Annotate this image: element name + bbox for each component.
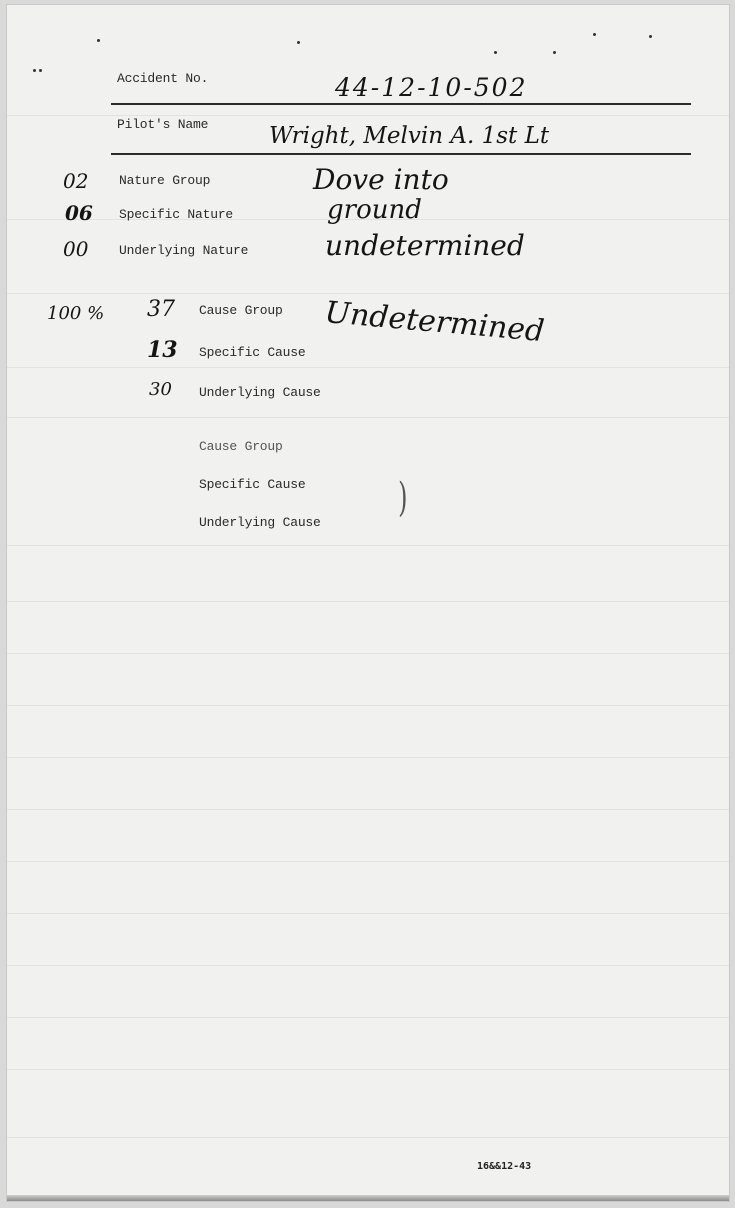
cause-group-2-label: Cause Group — [199, 439, 283, 454]
punch-dot — [33, 69, 36, 72]
ruled-line — [7, 367, 729, 368]
punch-dot — [494, 51, 497, 54]
ruled-line — [7, 757, 729, 758]
ruled-line — [7, 705, 729, 706]
cause-group-label: Cause Group — [199, 303, 283, 318]
pilot-name-label: Pilot's Name — [117, 117, 208, 132]
ruled-line — [7, 965, 729, 966]
punch-dot — [649, 35, 652, 38]
ruled-line — [7, 913, 729, 914]
ruled-line — [7, 809, 729, 810]
cause-group-code: 37 — [147, 297, 175, 322]
punch-dot — [39, 69, 42, 72]
form-number-stamp: 16&&12-43 — [477, 1161, 531, 1172]
ruled-line — [7, 653, 729, 654]
punch-dot — [553, 51, 556, 54]
ruled-line — [7, 115, 729, 116]
underlying-cause-label: Underlying Cause — [199, 385, 321, 400]
ruled-line — [7, 1069, 729, 1070]
underlying-nature-code: 00 — [63, 237, 88, 261]
underlying-nature-label: Underlying Nature — [119, 243, 248, 258]
nature-group-code: 02 — [63, 169, 88, 193]
ruled-line — [7, 861, 729, 862]
specific-cause-label: Specific Cause — [199, 345, 305, 360]
punch-dot — [593, 33, 596, 36]
specific-cause-2-label: Specific Cause — [199, 477, 305, 492]
specific-nature-label: Specific Nature — [119, 207, 233, 222]
accident-no-underline — [111, 103, 691, 105]
specific-nature-value: ground — [327, 195, 422, 225]
pilot-name-underline — [111, 153, 691, 155]
ruled-line — [7, 1017, 729, 1018]
pilot-name-value: Wright, Melvin A. 1st Lt — [269, 123, 549, 149]
ruled-line — [7, 1137, 729, 1138]
nature-group-label: Nature Group — [119, 173, 210, 188]
ruled-line — [7, 545, 729, 546]
bracket-mark: ) — [398, 475, 407, 521]
underlying-cause-code: 30 — [149, 379, 172, 400]
accident-no-label: Accident No. — [117, 71, 208, 86]
cause-group-value: Undetermined — [323, 295, 545, 349]
specific-nature-code: 06 — [65, 201, 93, 225]
underlying-cause-2-label: Underlying Cause — [199, 515, 321, 530]
accident-record-card: Accident No. 44-12-10-502 Pilot's Name W… — [6, 4, 730, 1202]
nature-group-value: Dove into — [313, 163, 449, 196]
ruled-line — [7, 601, 729, 602]
ruled-line — [7, 293, 729, 294]
accident-no-value: 44-12-10-502 — [335, 73, 528, 102]
punch-dot — [297, 41, 300, 44]
ruled-line — [7, 417, 729, 418]
punch-dot — [97, 39, 100, 42]
specific-cause-code: 13 — [147, 337, 178, 363]
card-bottom-edge — [7, 1195, 729, 1201]
underlying-nature-value: undetermined — [325, 229, 525, 262]
cause-margin-note: 100 % — [47, 303, 104, 324]
